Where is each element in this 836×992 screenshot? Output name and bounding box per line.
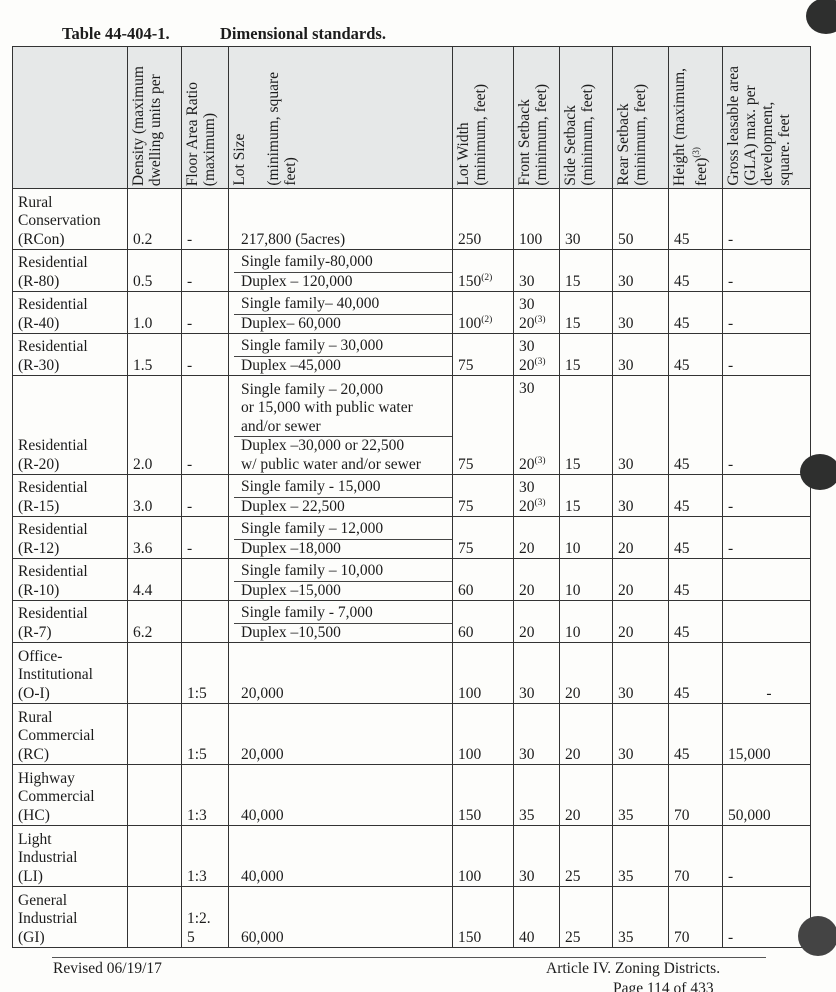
front-setback-value: 20 <box>519 624 559 643</box>
far-value-cell: 1:3 <box>182 765 229 826</box>
far-value-cell: 1:5 <box>182 643 229 704</box>
side-setback-cell: 25 <box>560 826 613 887</box>
height-cell: 45 <box>669 643 723 704</box>
front-setback-value: 30 <box>519 746 559 765</box>
gla-cell-value: - <box>728 868 733 885</box>
density-value-cell <box>128 643 182 704</box>
lot-size-cell: Single family – 10,000Duplex –15,000 <box>229 559 453 601</box>
rear-setback-cell-value: 20 <box>618 582 634 599</box>
side-setback-cell-value: 10 <box>565 624 581 641</box>
side-setback-cell-value: 10 <box>565 582 581 599</box>
rear-setback-cell-value: 50 <box>618 231 634 248</box>
footer-divider <box>52 957 766 958</box>
gla-cell-value: - <box>766 685 771 702</box>
density-value-cell-value: 6.2 <box>133 624 152 641</box>
lot-size-line: Duplex– 60,000 <box>234 315 452 334</box>
density-value-cell: 0.2 <box>128 189 182 250</box>
district-name: General Industrial (GI) <box>13 887 128 948</box>
front-setback-value: 30 <box>519 338 559 357</box>
column-header-label: Side Setback (minimum, feet) <box>562 84 596 186</box>
lot-width-cell: 150 <box>453 887 514 948</box>
side-setback-cell: 30 <box>560 189 613 250</box>
column-header-front: Front Setback (minimum, feet) <box>514 47 560 189</box>
gla-cell: 15,000 <box>723 704 811 765</box>
gla-cell: - <box>723 334 811 376</box>
lot-width-cell-value: 100 <box>458 868 481 885</box>
far-value-cell: - <box>182 517 229 559</box>
side-setback-cell-value: 20 <box>565 746 581 763</box>
district-name-value: Office- Institutional (O-I) <box>18 648 93 702</box>
gla-cell: - <box>723 826 811 887</box>
front-setback-value: 20(3) <box>519 498 559 517</box>
front-setback-value: 20(3) <box>519 456 559 475</box>
footnote-ref: (2) <box>481 314 492 324</box>
rear-setback-cell: 30 <box>613 292 669 334</box>
far-value-cell: - <box>182 475 229 517</box>
density-value-cell-value: 0.5 <box>133 273 152 290</box>
district-name-value: Rural Commercial (RC) <box>18 709 95 763</box>
lot-size-line: Duplex –15,000 <box>234 582 452 601</box>
footnote-ref: (3) <box>535 455 546 465</box>
rear-setback-cell-value: 30 <box>618 746 634 763</box>
height-cell-value: 45 <box>674 315 690 332</box>
side-setback-cell-value: 25 <box>565 929 581 946</box>
lot-width-cell-value: 150 <box>458 929 481 946</box>
lot-size-cell: Single family – 20,000 or 15,000 with pu… <box>229 376 453 475</box>
side-setback-cell-value: 15 <box>565 357 581 374</box>
height-cell: 45 <box>669 250 723 292</box>
column-header-gla: Gross leasable area (GLA) max. per devel… <box>723 47 811 189</box>
table-row: Residential (R-80)0.5-Single family-80,0… <box>13 250 811 292</box>
far-value-cell-value: - <box>187 357 192 374</box>
lot-size-line: Duplex – 22,500 <box>234 498 452 517</box>
lot-width-cell: 75 <box>453 475 514 517</box>
district-name: Rural Commercial (RC) <box>13 704 128 765</box>
table-body: Rural Conservation (RCon)0.2-217,800 (5a… <box>13 189 811 948</box>
side-setback-cell-value: 15 <box>565 315 581 332</box>
front-setback-cell: 3020(3) <box>514 475 560 517</box>
far-value-cell: 1:5 <box>182 704 229 765</box>
gla-cell-value: - <box>728 456 733 473</box>
rear-setback-cell-value: 30 <box>618 685 634 702</box>
lot-width-cell-value: 100 <box>458 746 481 763</box>
front-setback-cell: 35 <box>514 765 560 826</box>
header-row: Density (maximum dwelling units perFloor… <box>13 47 811 189</box>
rear-setback-cell: 30 <box>613 475 669 517</box>
front-setback-cell: 3020(3) <box>514 334 560 376</box>
column-header-lot-width: Lot Width (minimum, feet) <box>453 47 514 189</box>
lot-width-cell-value: 75 <box>458 498 474 515</box>
lot-width-cell: 150(2) <box>453 250 514 292</box>
front-setback-value: 30 <box>519 868 559 887</box>
lot-size-line: Single family– 40,000 <box>234 295 452 315</box>
height-cell: 45 <box>669 189 723 250</box>
district-name-value: Residential (R-10) <box>18 563 88 599</box>
district-name: Residential (R-20) <box>13 376 128 475</box>
height-cell: 70 <box>669 765 723 826</box>
gla-cell-value: - <box>728 273 733 290</box>
far-value-cell-value: 1:5 <box>187 685 207 702</box>
gla-cell: - <box>723 643 811 704</box>
footnote-ref: (3) <box>535 497 546 507</box>
height-cell: 45 <box>669 376 723 475</box>
column-header-label: Lot Size (minimum, square feet) <box>231 72 299 186</box>
gla-cell: - <box>723 475 811 517</box>
rear-setback-cell: 35 <box>613 765 669 826</box>
district-name-value: Light Industrial (LI) <box>18 831 77 885</box>
height-cell-value: 45 <box>674 540 690 557</box>
gla-cell-value: 50,000 <box>728 807 771 824</box>
height-cell: 70 <box>669 826 723 887</box>
lot-size-cell: 20,000 <box>229 704 453 765</box>
column-header-district <box>13 47 128 189</box>
far-value-cell-value: - <box>187 498 192 515</box>
lot-size-line: Duplex –10,500 <box>234 624 452 643</box>
rear-setback-cell: 20 <box>613 601 669 643</box>
gla-cell <box>723 601 811 643</box>
lot-size-cell: 217,800 (5acres) <box>229 189 453 250</box>
lot-size-line: Single family - 7,000 <box>234 604 452 624</box>
district-name: Rural Conservation (RCon) <box>13 189 128 250</box>
lot-size-cell: Single family - 7,000Duplex –10,500 <box>229 601 453 643</box>
lot-width-cell-value: 75 <box>458 456 474 473</box>
height-cell: 45 <box>669 292 723 334</box>
footnote-ref: (3) <box>535 356 546 366</box>
column-header-far: Floor Area Ratio (maximum) <box>182 47 229 189</box>
height-cell-value: 45 <box>674 746 690 763</box>
column-header-side: Side Setback (minimum, feet) <box>560 47 613 189</box>
lot-width-cell: 100(2) <box>453 292 514 334</box>
rear-setback-cell-value: 20 <box>618 540 634 557</box>
front-setback-value: 30 <box>519 479 559 498</box>
district-name-value: Highway Commercial (HC) <box>18 770 95 824</box>
gla-cell: - <box>723 292 811 334</box>
dimensional-standards-table: Density (maximum dwelling units perFloor… <box>12 46 811 948</box>
district-name: Office- Institutional (O-I) <box>13 643 128 704</box>
lot-width-cell: 75 <box>453 517 514 559</box>
density-value-cell <box>128 704 182 765</box>
rear-setback-cell-value: 35 <box>618 807 634 824</box>
table-row: Rural Commercial (RC)1:520,0001003020304… <box>13 704 811 765</box>
side-setback-cell: 10 <box>560 517 613 559</box>
district-name-value: Residential (R-40) <box>18 296 88 332</box>
front-setback-cell: 100 <box>514 189 560 250</box>
lot-size-line: 60,000 <box>234 929 452 948</box>
density-value-cell-value: 0.2 <box>133 231 152 248</box>
lot-size-line: Single family-80,000 <box>234 253 452 273</box>
height-cell-value: 70 <box>674 868 690 885</box>
page-number: Page 114 of 433 <box>613 980 714 992</box>
front-setback-cell: 20 <box>514 559 560 601</box>
gla-cell <box>723 559 811 601</box>
density-value-cell: 2.0 <box>128 376 182 475</box>
density-value-cell <box>128 765 182 826</box>
gla-cell-value: - <box>728 315 733 332</box>
column-header-label: Front Setback (minimum, feet) <box>516 84 550 186</box>
height-cell: 45 <box>669 475 723 517</box>
lot-width-cell: 60 <box>453 601 514 643</box>
side-setback-cell: 15 <box>560 250 613 292</box>
front-setback-value: 30 <box>519 685 559 704</box>
side-setback-cell-value: 20 <box>565 807 581 824</box>
side-setback-cell: 20 <box>560 765 613 826</box>
lot-width-cell-value: 150 <box>458 273 481 290</box>
column-header-height: Height (maximum, feet)(3) <box>669 47 723 189</box>
table-row: Residential (R-30)1.5-Single family – 30… <box>13 334 811 376</box>
lot-width-cell: 100 <box>453 643 514 704</box>
district-name-value: Residential (R-30) <box>18 338 88 374</box>
far-value-cell-value: 1:5 <box>187 746 207 763</box>
lot-size-line: Duplex –45,000 <box>234 357 452 376</box>
lot-size-cell: 20,000 <box>229 643 453 704</box>
column-header-lot-size: Lot Size (minimum, square feet) <box>229 47 453 189</box>
district-name-value: Residential (R-20) <box>18 437 88 473</box>
rear-setback-cell-value: 30 <box>618 357 634 374</box>
front-setback-cell: 30 <box>514 826 560 887</box>
height-cell: 45 <box>669 517 723 559</box>
lot-width-cell-value: 150 <box>458 807 481 824</box>
front-setback-value: 30 <box>519 296 559 315</box>
side-setback-cell: 25 <box>560 887 613 948</box>
density-value-cell <box>128 887 182 948</box>
front-setback-cell: 20 <box>514 601 560 643</box>
rear-setback-cell-value: 30 <box>618 315 634 332</box>
side-setback-cell: 15 <box>560 292 613 334</box>
lot-size-line: Single family – 12,000 <box>234 520 452 540</box>
table-row: Residential (R-15)3.0-Single family - 15… <box>13 475 811 517</box>
table-row: General Industrial (GI)1:2. 560,00015040… <box>13 887 811 948</box>
rear-setback-cell-value: 35 <box>618 929 634 946</box>
lot-size-cell: Single family-80,000Duplex – 120,000 <box>229 250 453 292</box>
density-value-cell-value: 1.0 <box>133 315 152 332</box>
table-title: Table 44-404-1. Dimensional standards. <box>62 24 170 44</box>
punch-hole-mark <box>800 454 836 490</box>
table-row: Residential (R-10)4.4Single family – 10,… <box>13 559 811 601</box>
far-value-cell: - <box>182 250 229 292</box>
lot-size-line: Duplex – 120,000 <box>234 273 452 292</box>
gla-cell: - <box>723 250 811 292</box>
far-value-cell-value: 1:3 <box>187 868 207 885</box>
column-header-label: Floor Area Ratio (maximum) <box>184 82 218 186</box>
district-name-value: Residential (R-80) <box>18 254 88 290</box>
height-cell-value: 45 <box>674 231 690 248</box>
table-row: Residential (R-12)3.6-Single family – 12… <box>13 517 811 559</box>
height-cell-value: 45 <box>674 498 690 515</box>
district-name-value: Residential (R-15) <box>18 479 88 515</box>
table-name: Dimensional standards. <box>220 24 386 44</box>
side-setback-cell-value: 15 <box>565 498 581 515</box>
front-setback-value: 20(3) <box>519 357 559 376</box>
side-setback-cell-value: 15 <box>565 456 581 473</box>
table-row: Highway Commercial (HC)1:340,00015035203… <box>13 765 811 826</box>
article-title: Article IV. Zoning Districts. <box>546 960 720 978</box>
far-value-cell: - <box>182 334 229 376</box>
revised-date: Revised 06/19/17 <box>53 960 162 978</box>
footnote-ref: (3) <box>535 314 546 324</box>
lot-width-cell: 150 <box>453 765 514 826</box>
front-setback-cell: 3020(3) <box>514 376 560 475</box>
rear-setback-cell-value: 30 <box>618 456 634 473</box>
district-name: Residential (R-40) <box>13 292 128 334</box>
height-cell: 70 <box>669 887 723 948</box>
far-value-cell <box>182 601 229 643</box>
side-setback-cell-value: 20 <box>565 685 581 702</box>
far-value-cell-value: - <box>187 273 192 290</box>
lot-size-cell: Single family– 40,000Duplex– 60,000 <box>229 292 453 334</box>
density-value-cell-value: 3.6 <box>133 540 152 557</box>
density-value-cell: 0.5 <box>128 250 182 292</box>
district-name: Residential (R-10) <box>13 559 128 601</box>
rear-setback-cell: 35 <box>613 887 669 948</box>
lot-size-line: 217,800 (5acres) <box>234 231 452 250</box>
side-setback-cell-value: 25 <box>565 868 581 885</box>
front-setback-value: 20(3) <box>519 315 559 334</box>
far-value-cell-value: 1:3 <box>187 807 207 824</box>
front-setback-value: 100 <box>519 231 559 250</box>
rear-setback-cell-value: 30 <box>618 273 634 290</box>
rear-setback-cell: 35 <box>613 826 669 887</box>
density-value-cell: 6.2 <box>128 601 182 643</box>
rear-setback-cell-value: 20 <box>618 624 634 641</box>
rear-setback-cell: 30 <box>613 643 669 704</box>
front-setback-cell: 3020(3) <box>514 292 560 334</box>
height-cell: 45 <box>669 601 723 643</box>
rear-setback-cell-value: 30 <box>618 498 634 515</box>
gla-cell: - <box>723 376 811 475</box>
column-header-label: Lot Width (minimum, feet) <box>455 84 489 186</box>
density-value-cell-value: 2.0 <box>133 456 152 473</box>
district-name: Residential (R-7) <box>13 601 128 643</box>
column-header-label: Gross leasable area (GLA) max. per devel… <box>725 66 793 186</box>
district-name: Residential (R-30) <box>13 334 128 376</box>
punch-hole-mark <box>798 916 836 956</box>
height-cell-value: 45 <box>674 624 690 641</box>
rear-setback-cell: 30 <box>613 376 669 475</box>
front-setback-value: 30 <box>519 273 559 292</box>
height-cell-value: 45 <box>674 456 690 473</box>
height-cell-value: 70 <box>674 807 690 824</box>
district-name-value: Residential (R-12) <box>18 521 88 557</box>
far-value-cell: - <box>182 292 229 334</box>
side-setback-cell-value: 10 <box>565 540 581 557</box>
front-setback-cell: 40 <box>514 887 560 948</box>
gla-cell-value: - <box>728 498 733 515</box>
far-value-cell: 1:2. 5 <box>182 887 229 948</box>
rear-setback-cell: 30 <box>613 704 669 765</box>
lot-size-cell: 40,000 <box>229 765 453 826</box>
lot-size-cell: Single family – 12,000Duplex –18,000 <box>229 517 453 559</box>
lot-size-line: 40,000 <box>234 868 452 887</box>
lot-width-cell-value: 250 <box>458 231 481 248</box>
lot-size-line: 20,000 <box>234 685 452 704</box>
lot-width-cell-value: 100 <box>458 315 481 332</box>
table-row: Light Industrial (LI)1:340,0001003025357… <box>13 826 811 887</box>
lot-size-line: 20,000 <box>234 746 452 765</box>
district-name-value: Rural Conservation (RCon) <box>18 194 101 248</box>
gla-cell: 50,000 <box>723 765 811 826</box>
gla-cell-value: - <box>728 357 733 374</box>
front-setback-value: 20 <box>519 540 559 559</box>
height-cell: 45 <box>669 334 723 376</box>
footnote-ref: (2) <box>481 272 492 282</box>
far-value-cell-value: 1:2. 5 <box>187 910 211 946</box>
rear-setback-cell: 20 <box>613 559 669 601</box>
lot-size-line: 40,000 <box>234 807 452 826</box>
district-name: Residential (R-12) <box>13 517 128 559</box>
density-value-cell: 3.0 <box>128 475 182 517</box>
gla-cell: - <box>723 517 811 559</box>
density-value-cell-value: 1.5 <box>133 357 152 374</box>
lot-width-cell: 250 <box>453 189 514 250</box>
height-cell-value: 70 <box>674 929 690 946</box>
lot-size-line: Single family - 15,000 <box>234 478 452 498</box>
gla-cell-value: - <box>728 929 733 946</box>
table-row: Office- Institutional (O-I)1:520,0001003… <box>13 643 811 704</box>
lot-size-line: Single family – 10,000 <box>234 562 452 582</box>
height-cell: 45 <box>669 559 723 601</box>
table-row: Residential (R-20)2.0-Single family – 20… <box>13 376 811 475</box>
side-setback-cell: 10 <box>560 559 613 601</box>
front-setback-cell: 30 <box>514 250 560 292</box>
district-name: Residential (R-80) <box>13 250 128 292</box>
far-value-cell: - <box>182 376 229 475</box>
punch-hole-mark <box>806 0 836 34</box>
front-setback-cell: 30 <box>514 643 560 704</box>
lot-size-line: Duplex –18,000 <box>234 540 452 559</box>
front-setback-value: 20 <box>519 582 559 601</box>
density-value-cell-value: 3.0 <box>133 498 152 515</box>
rear-setback-cell: 50 <box>613 189 669 250</box>
side-setback-cell: 15 <box>560 475 613 517</box>
column-header-label: Rear Setback (minimum, feet) <box>615 84 649 186</box>
column-header-label: Density (maximum dwelling units per <box>130 66 164 186</box>
far-value-cell: 1:3 <box>182 826 229 887</box>
gla-cell-value: - <box>728 231 733 248</box>
density-value-cell-value: 4.4 <box>133 582 152 599</box>
district-name: Light Industrial (LI) <box>13 826 128 887</box>
lot-width-cell-value: 75 <box>458 357 474 374</box>
lot-width-cell-value: 60 <box>458 582 474 599</box>
rear-setback-cell-value: 35 <box>618 868 634 885</box>
front-setback-value: 35 <box>519 807 559 826</box>
far-value-cell: - <box>182 189 229 250</box>
height-cell-value: 45 <box>674 582 690 599</box>
height-cell: 45 <box>669 704 723 765</box>
density-value-cell: 4.4 <box>128 559 182 601</box>
lot-size-line: Duplex –30,000 or 22,500 w/ public water… <box>234 437 452 474</box>
height-cell-value: 45 <box>674 357 690 374</box>
density-value-cell: 1.5 <box>128 334 182 376</box>
table-row: Rural Conservation (RCon)0.2-217,800 (5a… <box>13 189 811 250</box>
footnote-ref: (3) <box>691 147 701 158</box>
far-value-cell-value: - <box>187 456 192 473</box>
far-value-cell <box>182 559 229 601</box>
lot-width-cell: 60 <box>453 559 514 601</box>
height-cell-value: 45 <box>674 273 690 290</box>
lot-size-line: Single family – 20,000 or 15,000 with pu… <box>234 381 452 438</box>
lot-size-line: Single family – 30,000 <box>234 337 452 357</box>
far-value-cell-value: - <box>187 315 192 332</box>
gla-cell: - <box>723 189 811 250</box>
lot-width-cell: 75 <box>453 334 514 376</box>
rear-setback-cell: 20 <box>613 517 669 559</box>
side-setback-cell: 20 <box>560 643 613 704</box>
lot-width-cell: 75 <box>453 376 514 475</box>
front-setback-value: 30 <box>519 380 559 399</box>
column-header-label: Height (maximum, feet)(3) <box>671 68 710 186</box>
column-header-density: Density (maximum dwelling units per <box>128 47 182 189</box>
lot-size-cell: Single family – 30,000Duplex –45,000 <box>229 334 453 376</box>
